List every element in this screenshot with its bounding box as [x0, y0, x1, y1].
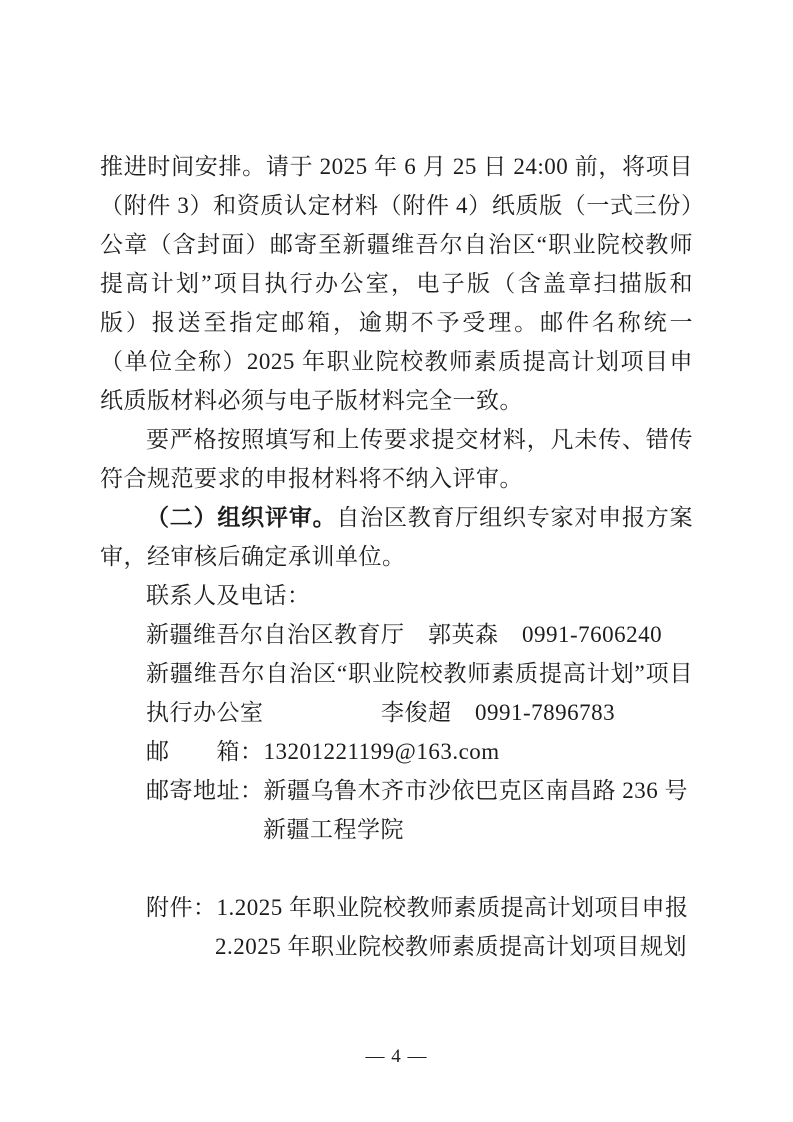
document-page: 推进时间安排。请于 2025 年 6 月 25 日 24:00 前，将项目申报书…: [0, 0, 793, 1122]
attachment-line: 2.2025 年职业院校教师素质提高计划项目规划表: [100, 927, 693, 966]
contact-header-line: 联系人及电话：: [100, 576, 693, 615]
page-number: — 4 —: [0, 1042, 793, 1072]
body-line: 审，经审核后确定承训单位。: [100, 537, 693, 576]
document-body: 推进时间安排。请于 2025 年 6 月 25 日 24:00 前，将项目申报书…: [100, 147, 693, 966]
contact-line: 新疆维吾尔自治区教育厅 郭英森 0991-7606240: [100, 615, 693, 654]
body-line: （附件 3）和资质认定材料（附件 4）纸质版（一式三份）加盖: [100, 186, 693, 225]
contact-line: 新疆维吾尔自治区“职业院校教师素质提高计划”项目: [100, 654, 693, 693]
mailing-address-line: 邮寄地址：新疆乌鲁木齐市沙依巴克区南昌路 236 号: [100, 771, 693, 810]
body-line: 公章（含封面）邮寄至新疆维吾尔自治区“职业院校教师素质: [100, 225, 693, 264]
body-line: 推进时间安排。请于 2025 年 6 月 25 日 24:00 前，将项目申报书: [100, 147, 693, 186]
contact-line: 执行办公室 李俊超 0991-7896783: [100, 693, 693, 732]
body-line: 符合规范要求的申报材料将不纳入评审。: [100, 459, 693, 498]
body-line: （二）组织评审。自治区教育厅组织专家对申报方案进行评: [100, 498, 693, 537]
blank-line: [100, 849, 693, 888]
body-line: 提高计划”项目执行办公室，电子版（含盖章扫描版和 Word: [100, 264, 693, 303]
attachment-line: 附件：1.2025 年职业院校教师素质提高计划项目申报指南: [100, 888, 693, 927]
body-line: 纸质版材料必须与电子版材料完全一致。: [100, 381, 693, 420]
body-line: 要严格按照填写和上传要求提交材料，凡未传、错传及不: [100, 420, 693, 459]
body-line: （单位全称）2025 年职业院校教师素质提高计划项目申报材料”，: [100, 342, 693, 381]
email-line: 邮 箱：13201221199@163.com: [100, 732, 693, 771]
section-heading: （二）组织评审。: [146, 505, 336, 530]
mailing-address-line: 新疆工程学院: [100, 810, 693, 849]
body-line: 版）报送至指定邮箱，逾期不予受理。邮件名称统一为“XX: [100, 303, 693, 342]
